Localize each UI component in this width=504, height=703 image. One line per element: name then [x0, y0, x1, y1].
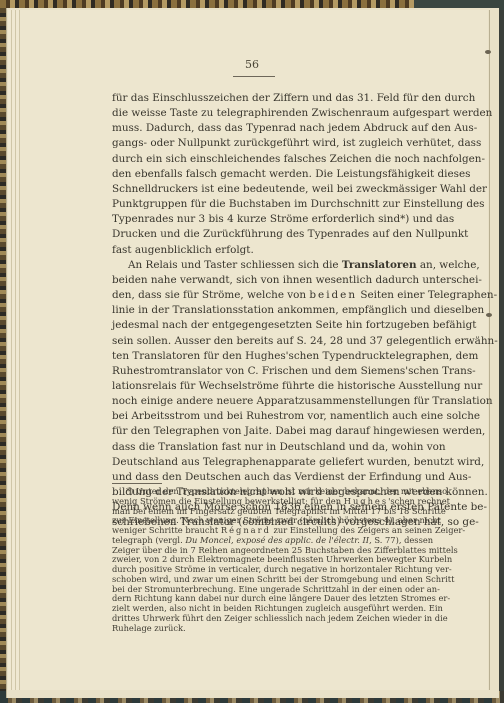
- text-line: sein sollen. Ausser den bereits auf S. 2…: [112, 334, 429, 349]
- footnote: *) Unter den Typendrucktelegraphen ist m…: [112, 487, 430, 633]
- text-line: Punktgruppen für die Buchstaben im Durch…: [112, 197, 429, 212]
- text-span: 'schen rechnet: [388, 496, 450, 506]
- text-line: bei Arbeitsstrom und bei Ruhestrom vor, …: [112, 409, 429, 424]
- page-number-rule: [233, 76, 275, 77]
- text-line: beiden nahe verwandt, sich von ihnen wes…: [112, 273, 429, 288]
- text-span: An Relais und Taster schliessen sich die: [128, 259, 342, 271]
- text-line: noch einige andere neuere Apparatzusamme…: [112, 394, 429, 409]
- text-line: jedesmal nach der entgegengesetzten Seit…: [112, 318, 429, 333]
- text-line: Deutschland aus Telegraphenapparate geli…: [112, 455, 429, 470]
- page-number: 56: [0, 58, 504, 71]
- footnote-separator: [112, 483, 162, 484]
- text-span: Seiten einer Telegraphen-: [357, 289, 497, 301]
- text-line: den ebenfalls falsch gemacht werden. Die…: [112, 167, 429, 182]
- text-span: weniger Schritte braucht: [112, 525, 221, 535]
- text-line: lationsrelais für Wechselströme führte d…: [112, 379, 429, 394]
- text-line: gangs- oder Nullpunkt zurückgeführt wird…: [112, 136, 429, 151]
- text-line: durch ein sich einschleichendes falsches…: [112, 152, 429, 167]
- text-line: Typenrades nur 3 bis 4 kurze Ströme erfo…: [112, 212, 429, 227]
- blemish-mark: [485, 50, 491, 54]
- text-span: den, dass sie für Ströme, welche von: [112, 289, 309, 301]
- citation-italic: Du Moncel, exposé des applic. de l'élect…: [185, 535, 371, 545]
- text-span: wenig Strömen die Einstellung bewerkstel…: [112, 496, 344, 506]
- text-line: für das Einschlusszeichen der Ziffern un…: [112, 91, 429, 106]
- text-line: dass die Translation fast nur in Deutsch…: [112, 440, 429, 455]
- text-line: Ruhestromtranslator von C. Frischen und …: [112, 364, 429, 379]
- text-span: S. 77), dessen: [372, 535, 433, 545]
- text-line: muss. Dadurch, dass das Typenrad nach je…: [112, 121, 429, 136]
- text-span: an, welche,: [417, 259, 480, 271]
- term-translatoren: Translatoren: [342, 259, 417, 271]
- text-line: fast augenblicklich erfolgt.: [112, 243, 429, 258]
- footnote-line: Ruhelage zurück.: [112, 624, 430, 634]
- emphasis-spaced: beiden: [309, 289, 357, 301]
- text-line: Drucken und die Zurückführung des Typenr…: [112, 227, 429, 242]
- text-span: telegraph (vergl.: [112, 535, 185, 545]
- text-line: linie in der Translationsstation ankomme…: [112, 303, 429, 318]
- text-line: die weisse Taste zu telegraphirenden Zwi…: [112, 106, 429, 121]
- text-span: zur Einstellung des Zeigers an seinen Ze…: [271, 525, 465, 535]
- text-line: Schnelldruckers ist eine bedeutende, wei…: [112, 182, 429, 197]
- text-line: für den Telegraphen von Jaite. Dabei mag…: [112, 424, 429, 439]
- text-line: den, dass sie für Ströme, welche von bei…: [112, 288, 429, 303]
- text-line: ten Translatoren für den Hughes'schen Ty…: [112, 349, 429, 364]
- emphasis-spaced: Régnard: [221, 525, 271, 535]
- emphasis-spaced: Hughes: [344, 496, 388, 506]
- paragraph-start: An Relais und Taster schliessen sich die…: [112, 258, 429, 273]
- blemish-mark: [486, 313, 492, 317]
- body-text: für das Einschlusszeichen der Ziffern un…: [112, 91, 429, 531]
